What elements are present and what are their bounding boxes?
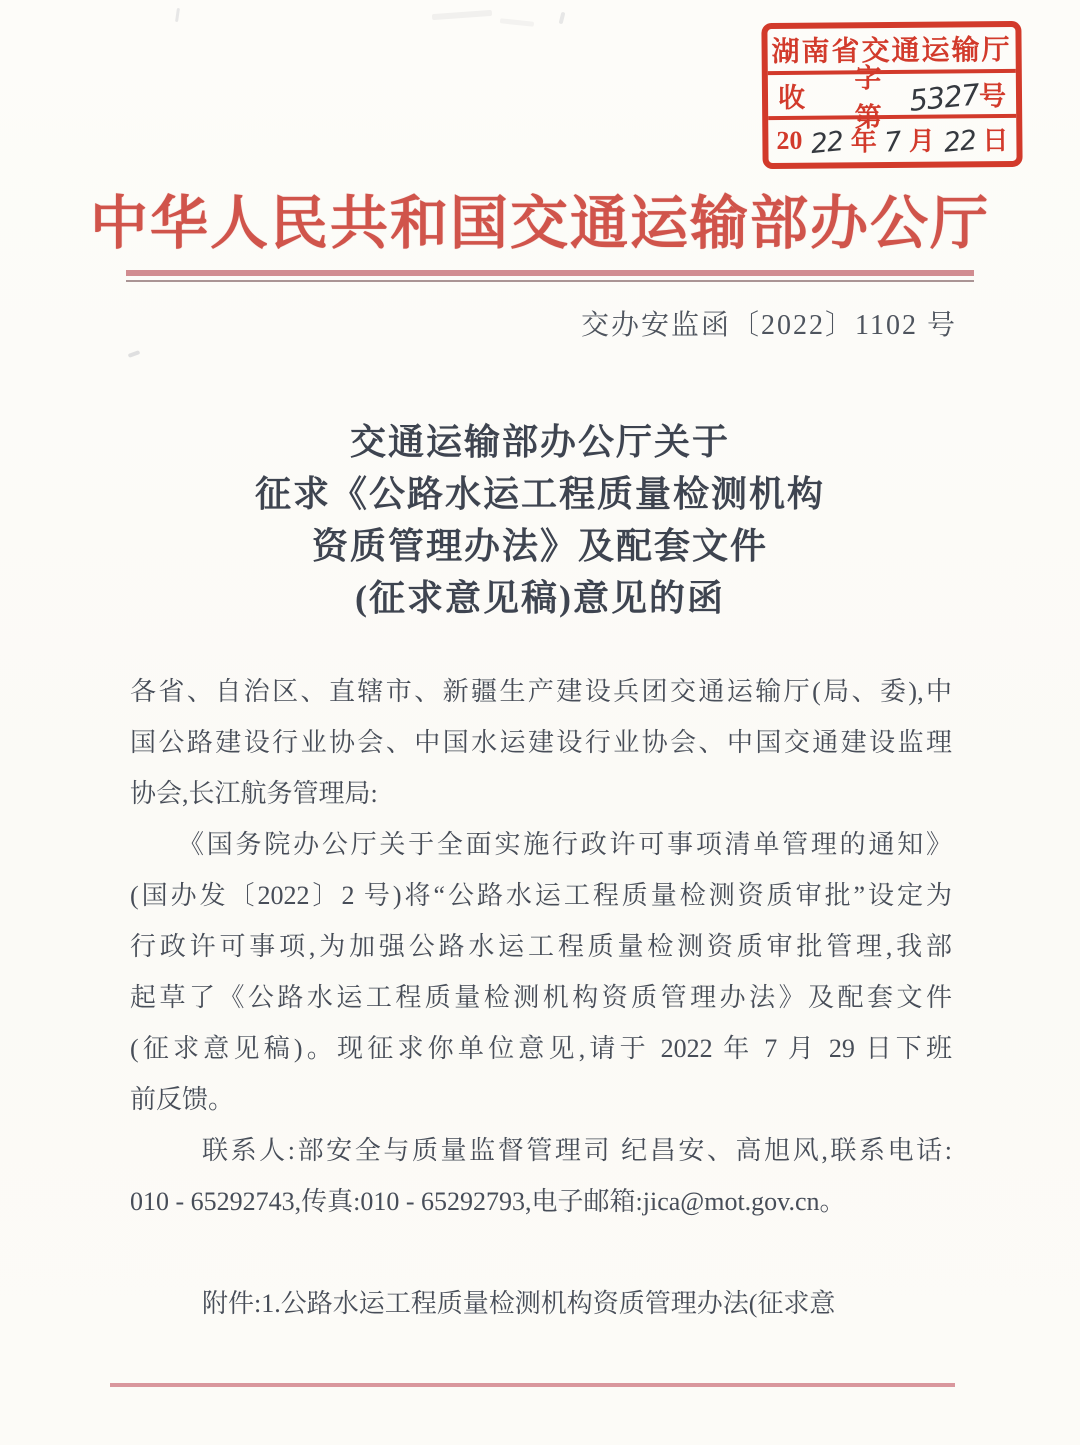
subject-line: 征求《公路水运工程质量检测机构 xyxy=(0,468,1080,520)
receipt-stamp: 湖南省交通运输厅 收 字第 5327 号 20 22 年 7 月 22 日 xyxy=(761,21,1022,169)
stamp-year-handwritten: 22 xyxy=(809,126,844,160)
stamp-number-unit: 号 xyxy=(979,74,1006,113)
letter-body: 各省、自治区、直辖市、新疆生产建设兵团交通运输厅(局、委),中 国公路建设行业协… xyxy=(130,666,952,1329)
body-line: 010 - 65292743,传真:010 - 65292793,电子邮箱:ji… xyxy=(130,1176,952,1227)
scan-artifact xyxy=(432,10,492,20)
stamp-century: 20 xyxy=(776,125,802,155)
stamp-received-label: 收 xyxy=(778,76,805,115)
letter-subject: 交通运输部办公厅关于 征求《公路水运工程质量检测机构 资质管理办法》及配套文件 … xyxy=(0,416,1080,624)
body-line: 前反馈。 xyxy=(130,1074,952,1125)
scan-artifact xyxy=(559,12,566,25)
stamp-serial-number-handwritten: 5327 xyxy=(908,77,981,118)
subject-line: 资质管理办法》及配套文件 xyxy=(0,520,1080,572)
stamp-day-unit: 日 xyxy=(982,120,1008,157)
attachment-line: 附件:1.公路水运工程质量检测机构资质管理办法(征求意 xyxy=(130,1278,952,1329)
footer-divider xyxy=(110,1383,955,1387)
body-line: (征求意见稿)。现征求你单位意见,请于 2022 年 7 月 29 日下班 xyxy=(130,1023,952,1074)
subject-line: 交通运输部办公厅关于 xyxy=(0,416,1080,468)
body-line: 联系人:部安全与质量监督管理司 纪昌安、高旭风,联系电话: xyxy=(130,1125,952,1176)
scan-artifact xyxy=(175,8,180,22)
subject-line: (征求意见稿)意见的函 xyxy=(0,572,1080,624)
stamp-month-handwritten: 7 xyxy=(884,126,903,158)
body-line: 协会,长江航务管理局: xyxy=(130,768,952,819)
scan-artifact xyxy=(128,350,141,358)
body-line: 起草了《公路水运工程质量检测机构资质管理办法》及配套文件 xyxy=(130,972,952,1023)
scan-artifact xyxy=(500,18,534,27)
stamp-day-handwritten: 22 xyxy=(942,125,977,159)
stamp-registration-row: 收 字第 5327 号 xyxy=(768,73,1016,120)
stamp-month-unit: 月 xyxy=(909,121,935,158)
letterhead-divider-thick xyxy=(126,270,974,276)
stamp-year-unit: 年 xyxy=(851,121,877,158)
document-number: 交办安监函〔2022〕1102 号 xyxy=(581,303,957,343)
scanned-letter-page: 湖南省交通运输厅 收 字第 5327 号 20 22 年 7 月 22 日 中华… xyxy=(0,0,1080,1445)
body-line: 国公路建设行业协会、中国水运建设行业协会、中国交通建设监理 xyxy=(130,717,952,768)
issuing-org-title: 中华人民共和国交通运输部办公厅 xyxy=(0,176,1080,260)
body-line: 各省、自治区、直辖市、新疆生产建设兵团交通运输厅(局、委),中 xyxy=(130,666,952,717)
body-line: (国办发〔2022〕2 号)将“公路水运工程质量检测资质审批”设定为 xyxy=(130,870,952,921)
body-line: 行政许可事项,为加强公路水运工程质量检测资质审批管理,我部 xyxy=(130,921,952,972)
letterhead-divider-thin xyxy=(126,280,974,282)
body-line: 《国务院办公厅关于全面实施行政许可事项清单管理的通知》 xyxy=(130,819,952,870)
